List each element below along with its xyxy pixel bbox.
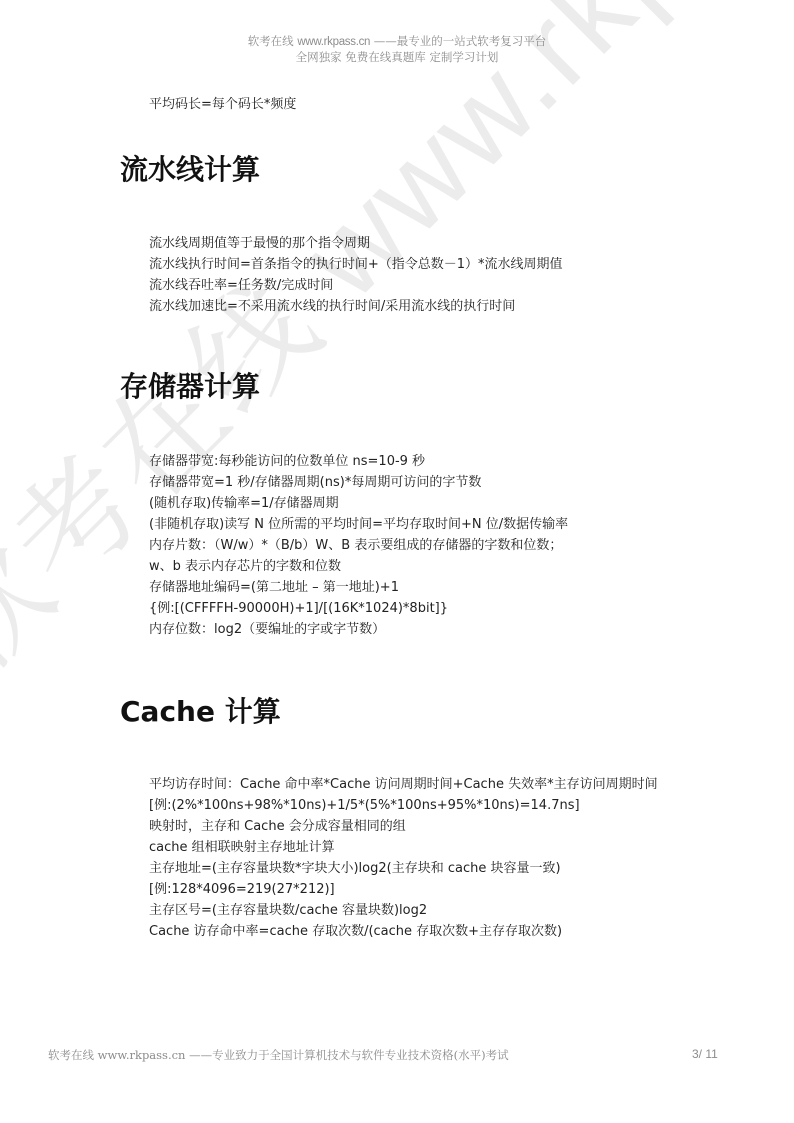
header-slogan: ——最专业的一站式软考复习平台 [374, 34, 547, 48]
text-line: 主存地址=(主存容量块数*字块大小)log2(主存块和 cache 块容量一致) [149, 858, 561, 879]
text-line: 流水线吞吐率=任务数/完成时间 [149, 275, 333, 296]
header-line-1: 软考在线 www.rkpass.cn ——最专业的一站式软考复习平台 [0, 34, 794, 50]
text-line: 内存片数：（W/w）*（B/b）W、B 表示要组成的存储器的字数和位数； [149, 535, 562, 556]
text-line: 流水线加速比=不采用流水线的执行时间/采用流水线的执行时间 [149, 296, 515, 317]
section-title-cache: Cache 计算 [120, 690, 281, 730]
text-line: 存储器带宽:每秒能访问的位数单位 ns=10-9 秒 [149, 451, 425, 472]
text-line: [例:128*4096=219(27*212)] [149, 879, 335, 900]
text-line: Cache 访存命中率=cache 存取次数/(cache 存取次数+主存存取次… [149, 921, 562, 942]
text-line: (随机存取)传输率=1/存储器周期 [149, 493, 339, 514]
header-site-name: 软考在线 [248, 34, 294, 48]
text-line: 流水线执行时间=首条指令的执行时间+（指令总数－1）*流水线周期值 [149, 254, 563, 275]
page-header: 软考在线 www.rkpass.cn ——最专业的一站式软考复习平台 全网独家 … [0, 34, 794, 65]
text-line: 映射时，主存和 Cache 会分成容量相同的组 [149, 816, 406, 837]
page-number: 3/ 11 [692, 1047, 718, 1061]
text-line: 流水线周期值等于最慢的那个指令周期 [149, 233, 370, 254]
header-url[interactable]: www.rkpass.cn [297, 36, 370, 48]
intro-line: 平均码长=每个码长*频度 [149, 94, 296, 115]
header-line-2: 全网独家 免费在线真题库 定制学习计划 [0, 50, 794, 65]
text-line: 平均访存时间：Cache 命中率*Cache 访问周期时间+Cache 失效率*… [149, 774, 658, 795]
text-line: 内存位数：log2（要编址的字或字节数） [149, 619, 385, 640]
section-title-pipeline: 流水线计算 [120, 148, 260, 188]
text-line: 主存区号=(主存容量块数/cache 容量块数)log2 [149, 900, 427, 921]
text-line: w、b 表示内存芯片的字数和位数 [149, 556, 341, 577]
text-line: {例:[(CFFFFH-90000H)+1]/[(16K*1024)*8bit]… [149, 598, 448, 619]
page-footer: 软考在线 www.rkpass.cn ——专业致力于全国计算机技术与软件专业技术… [48, 1047, 720, 1063]
text-line: 存储器地址编码=(第二地址 – 第一地址)+1 [149, 577, 399, 598]
text-line: 存储器带宽=1 秒/存储器周期(ns)*每周期可访问的字节数 [149, 472, 481, 493]
text-line: [例:(2%*100ns+98%*10ns)+1/5*(5%*100ns+95%… [149, 795, 580, 816]
text-line: cache 组相联映射主存地址计算 [149, 837, 335, 858]
section-title-storage: 存储器计算 [120, 365, 260, 405]
text-line: (非随机存取)读写 N 位所需的平均时间=平均存取时间+N 位/数据传输率 [149, 514, 568, 535]
